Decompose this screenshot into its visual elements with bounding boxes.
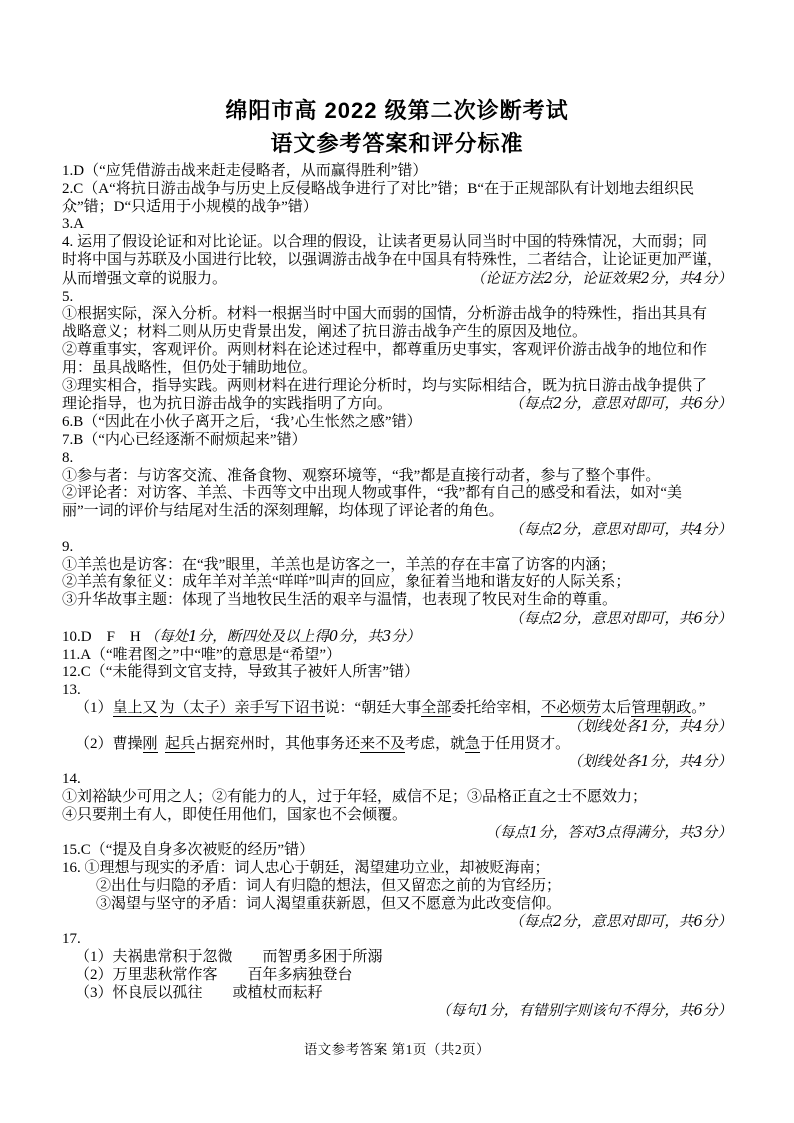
underlined-phrase: 来不及 [360, 736, 405, 753]
text-segment: 考虑，就 [405, 736, 465, 752]
answer-line: 14. [62, 771, 732, 789]
answer-text: 8. [62, 450, 73, 468]
answer-text: （1）夫祸患常积于忽微 而智勇多困于所溺 [75, 949, 383, 967]
answer-line: 理论指导，也为抗日游击战争的实践指明了方向。（每点2分，意思对即可，共6分） [62, 395, 732, 414]
answer-line: （每句1分，有错别字则该句不得分，共6分） [62, 1002, 732, 1020]
answer-text: 用：虽具战略性，但仍处于辅助地位。 [62, 360, 317, 378]
answer-line: ②羊羔有象征义：成年羊对羊羔“咩咩”叫声的回应，象征着当地和谐友好的人际关系； [62, 574, 732, 592]
answer-line: （每点1分，答对3点得满分，共3分） [62, 824, 732, 842]
answer-line: 12.C（“未能得到文官支持，导致其子被奸人所害”错） [62, 664, 732, 682]
score-note: （每点2分，意思对即可，共6分） [509, 395, 732, 413]
answer-line: 3.A [62, 216, 732, 234]
text-segment: 于任用贤才。 [480, 736, 570, 752]
underlined-phrase: 为（太子）亲手写下诏书 [160, 700, 325, 717]
answer-line: 7.B（“内心已经逐渐不耐烦起来”错） [62, 432, 732, 450]
score-note: （每句1分，有错别字则该句不得分，共6分） [436, 1002, 732, 1020]
underlined-phrase: 刚 [143, 736, 158, 753]
answer-text: ②评论者：对访客、羊羔、卡西等文中出现人物或事件，“我”都有自己的感受和看法，如… [62, 485, 682, 503]
answer-text: 从而增强文章的说服力。 [62, 271, 227, 289]
answer-line: 时将中国与苏联及小国进行比较，以强调游击战争在中国具有特殊性，二者结合，让论证更… [62, 252, 732, 270]
text-segment: （1） [75, 700, 113, 716]
answer-text: 4. 运用了假设论证和对比论证。以合理的假设，让读者更易认同当时中国的特殊情况，… [62, 234, 707, 252]
answer-text: 丽”一词的评价与结尾对生活的深刻理解，均体现了评论者的角色。 [62, 503, 504, 521]
answer-line: 1.D（“应凭借游击战来赶走侵略者，从而赢得胜利”错） [62, 163, 732, 181]
underlined-phrase: 全部 [421, 700, 451, 717]
underlined-phrase: 起兵 [165, 736, 195, 753]
answer-text: ②羊羔有象征义：成年羊对羊羔“咩咩”叫声的回应，象征着当地和谐友好的人际关系； [62, 574, 630, 592]
answer-line: 16. ①理想与现实的矛盾：词人忠心于朝廷，渴望建功立业，却被贬海南； [62, 860, 732, 878]
answer-text: ①根据实际，深入分析。材料一根据当时中国大而弱的国情，分析游击战争的特殊性，指出… [62, 306, 707, 324]
text-segment: 说：“朝廷大事 [325, 700, 422, 716]
answer-line: ②评论者：对访客、羊羔、卡西等文中出现人物或事件，“我”都有自己的感受和看法，如… [62, 485, 732, 503]
answer-text: ②尊重事实，客观评价。两则材料在论述过程中，都尊重历史事实，客观评价游击战争的地… [62, 342, 707, 360]
text-segment: 委托给宰相， [451, 700, 541, 716]
score-note: （论证方法2分，论证效果2分，共4分） [471, 270, 732, 288]
text-segment: 占据兖州时，其他事务还 [195, 736, 360, 752]
answer-text: （3）怀良辰以孤往 或植杖而耘耔 [75, 985, 323, 1003]
answer-line: （划线处各1分，共4分） [62, 718, 732, 736]
answer-line: 9. [62, 539, 732, 557]
answer-text: ③理实相合，指导实践。两则材料在进行理论分析时，均与实际相结合，既为抗日游击战争… [62, 378, 707, 396]
answer-line: ①参与者：与访客交流、准备食物、观察环境等，“我”都是直接行动者，参与了整个事件… [62, 468, 732, 486]
score-note: （划线处各1分，共4分） [567, 753, 732, 771]
answer-line: ③理实相合，指导实践。两则材料在进行理论分析时，均与实际相结合，既为抗日游击战争… [62, 378, 732, 396]
answer-line: （3）怀良辰以孤往 或植杖而耘耔 [62, 985, 732, 1003]
answer-line: ①刘裕缺少可用之人；②有能力的人，过于年轻，威信不足；③品格正直之士不愿效力； [62, 789, 732, 807]
answer-text: 战略意义；材料二则从历史背景出发，阐述了抗日游击战争产生的原因及地位。 [62, 324, 587, 342]
answer-line: 众”错；D“只适用于小规模的战争”错） [62, 199, 732, 217]
answer-text: ①羊羔也是访客：在“我”眼里，羊羔也是访客之一，羊羔的存在丰富了访客的内涵； [62, 557, 615, 575]
answer-line: 战略意义；材料二则从历史背景出发，阐述了抗日游击战争产生的原因及地位。 [62, 324, 732, 342]
answer-text: ③渴望与坚守的矛盾：词人渴望重获新恩，但又不愿意为此改变信仰。 [96, 896, 561, 914]
answer-line: ①羊羔也是访客：在“我”眼里，羊羔也是访客之一，羊羔的存在丰富了访客的内涵； [62, 557, 732, 575]
answer-line: 5. [62, 289, 732, 307]
score-note: （每点2分，意思对即可，共4分） [509, 521, 732, 539]
answer-text: （2）万里悲秋常作客 百年多病独登台 [75, 967, 353, 985]
answer-line: 13. [62, 682, 732, 700]
score-note: （每点2分，意思对即可，共6分） [509, 913, 732, 931]
score-note: （每点1分，答对3点得满分，共3分） [485, 824, 732, 842]
answer-text: 6.B（“因此在小伙子离开之后，‘我’心生怅然之感”错） [62, 414, 422, 432]
answer-line: 6.B（“因此在小伙子离开之后，‘我’心生怅然之感”错） [62, 414, 732, 432]
answer-line: ④只要荆土有人，即使任用他们，国家也不会倾覆。 [62, 807, 732, 825]
answer-line: 2.C（A“将抗日游击战争与历史上反侵略战争进行了对比”错；B“在于正规部队有计… [62, 181, 732, 199]
answer-text: 15.C（“提及自身多次被贬的经历”错） [62, 842, 314, 860]
answer-text: 众”错；D“只适用于小规模的战争”错） [62, 199, 318, 217]
answer-line: 丽”一词的评价与结尾对生活的深刻理解，均体现了评论者的角色。 [62, 503, 732, 521]
underlined-phrase: 皇上又 [113, 700, 158, 717]
answer-line: （1）夫祸患常积于忽微 而智勇多困于所溺 [62, 949, 732, 967]
underlined-phrase: 不必烦劳 [541, 700, 601, 717]
answer-text: 理论指导，也为抗日游击战争的实践指明了方向。 [62, 396, 392, 414]
answer-text: （2）曹操刚 起兵占据兖州时，其他事务还来不及考虑，就急于任用贤才。 [75, 736, 570, 754]
answer-line: ①根据实际，深入分析。材料一根据当时中国大而弱的国情，分析游击战争的特殊性，指出… [62, 306, 732, 324]
answer-line: 17. [62, 931, 732, 949]
score-note: （每点2分，意思对即可，共6分） [509, 610, 732, 628]
answer-line: ②出仕与归隐的矛盾：词人有归隐的想法，但又留恋之前的为官经历； [62, 878, 732, 896]
text-segment: 。” [691, 700, 705, 716]
answer-line: （每点2分，意思对即可，共6分） [62, 913, 732, 931]
page-footer: 语文参考答案 第1页（共2页） [0, 1038, 794, 1058]
answer-line: （2）万里悲秋常作客 百年多病独登台 [62, 967, 732, 985]
answer-line: （2）曹操刚 起兵占据兖州时，其他事务还来不及考虑，就急于任用贤才。 [62, 736, 732, 754]
answer-line: ②尊重事实，客观评价。两则材料在论述过程中，都尊重历史事实，客观评价游击战争的地… [62, 342, 732, 360]
answer-line: （每点2分，意思对即可，共4分） [62, 521, 732, 539]
text-segment: （2）曹操 [75, 736, 143, 752]
answer-text: ①参与者：与访客交流、准备食物、观察环境等，“我”都是直接行动者，参与了整个事件… [62, 468, 660, 486]
answer-text: （1）皇上又为（太子）亲手写下诏书说：“朝廷大事全部委托给宰相，不必烦劳太后管理… [75, 700, 705, 718]
answer-line: 4. 运用了假设论证和对比论证。以合理的假设，让读者更易认同当时中国的特殊情况，… [62, 234, 732, 252]
answer-text: ③升华故事主题：体现了当地牧民生活的艰辛与温情，也表现了牧民对生命的尊重。 [62, 592, 617, 610]
answer-body: 1.D（“应凭借游击战来赶走侵略者，从而赢得胜利”错）2.C（A“将抗日游击战争… [62, 163, 732, 1020]
answer-line: ③升华故事主题：体现了当地牧民生活的艰辛与温情，也表现了牧民对生命的尊重。 [62, 592, 732, 610]
answer-line: 11.A（“唯君图之”中“唯”的意思是“希望”） [62, 647, 732, 665]
answer-text: ①刘裕缺少可用之人；②有能力的人，过于年轻，威信不足；③品格正直之士不愿效力； [62, 789, 647, 807]
answer-text: 3.A [62, 216, 84, 234]
answer-text: 14. [62, 771, 81, 789]
answer-text: 13. [62, 682, 81, 700]
document-header: 绵阳市高 2022 级第二次诊断考试 语文参考答案和评分标准 [0, 94, 794, 160]
answer-line: 8. [62, 450, 732, 468]
answer-line: （1）皇上又为（太子）亲手写下诏书说：“朝廷大事全部委托给宰相，不必烦劳太后管理… [62, 700, 732, 718]
answer-text: 7.B（“内心已经逐渐不耐烦起来”错） [62, 432, 307, 450]
answer-text: 1.D（“应凭借游击战来赶走侵略者，从而赢得胜利”错） [62, 163, 427, 181]
answer-text: 时将中国与苏联及小国进行比较，以强调游击战争在中国具有特殊性，二者结合，让论证更… [62, 252, 722, 270]
answer-sheet-page: 绵阳市高 2022 级第二次诊断考试 语文参考答案和评分标准 1.D（“应凭借游… [0, 0, 794, 1123]
answer-line: 从而增强文章的说服力。（论证方法2分，论证效果2分，共4分） [62, 270, 732, 289]
answer-line: 15.C（“提及自身多次被贬的经历”错） [62, 842, 732, 860]
score-note: （划线处各1分，共4分） [567, 718, 732, 736]
answer-text: ②出仕与归隐的矛盾：词人有归隐的想法，但又留恋之前的为官经历； [96, 878, 561, 896]
answer-line: 10.D F H （每处1分，断四处及以上得0分，共3分） [62, 628, 732, 647]
underlined-phrase: 急 [465, 736, 480, 753]
answer-text: 11.A（“唯君图之”中“唯”的意思是“希望”） [62, 647, 341, 665]
answer-text: 10.D F H [62, 629, 145, 647]
answer-text: 12.C（“未能得到文官支持，导致其子被奸人所害”错） [62, 664, 419, 682]
score-note: （每处1分，断四处及以上得0分，共3分） [145, 628, 421, 646]
answer-text: ④只要荆土有人，即使任用他们，国家也不会倾覆。 [62, 807, 407, 825]
underlined-phrase: 管理朝政 [631, 700, 691, 717]
answer-text: 2.C（A“将抗日游击战争与历史上反侵略战争进行了对比”错；B“在于正规部队有计… [62, 181, 694, 199]
page-title: 绵阳市高 2022 级第二次诊断考试 [0, 94, 794, 127]
answer-line: （划线处各1分，共4分） [62, 753, 732, 771]
answer-text: 5. [62, 289, 73, 307]
text-segment [158, 736, 166, 752]
answer-text: 16. ①理想与现实的矛盾：词人忠心于朝廷，渴望建功立业，却被贬海南； [62, 860, 550, 878]
answer-text: 9. [62, 539, 73, 557]
text-segment: 太后 [601, 700, 631, 716]
answer-line: （每点2分，意思对即可，共6分） [62, 610, 732, 628]
answer-text: 17. [62, 931, 81, 949]
answer-line: 用：虽具战略性，但仍处于辅助地位。 [62, 360, 732, 378]
page-subtitle: 语文参考答案和评分标准 [0, 127, 794, 160]
answer-line: ③渴望与坚守的矛盾：词人渴望重获新恩，但又不愿意为此改变信仰。 [62, 896, 732, 914]
